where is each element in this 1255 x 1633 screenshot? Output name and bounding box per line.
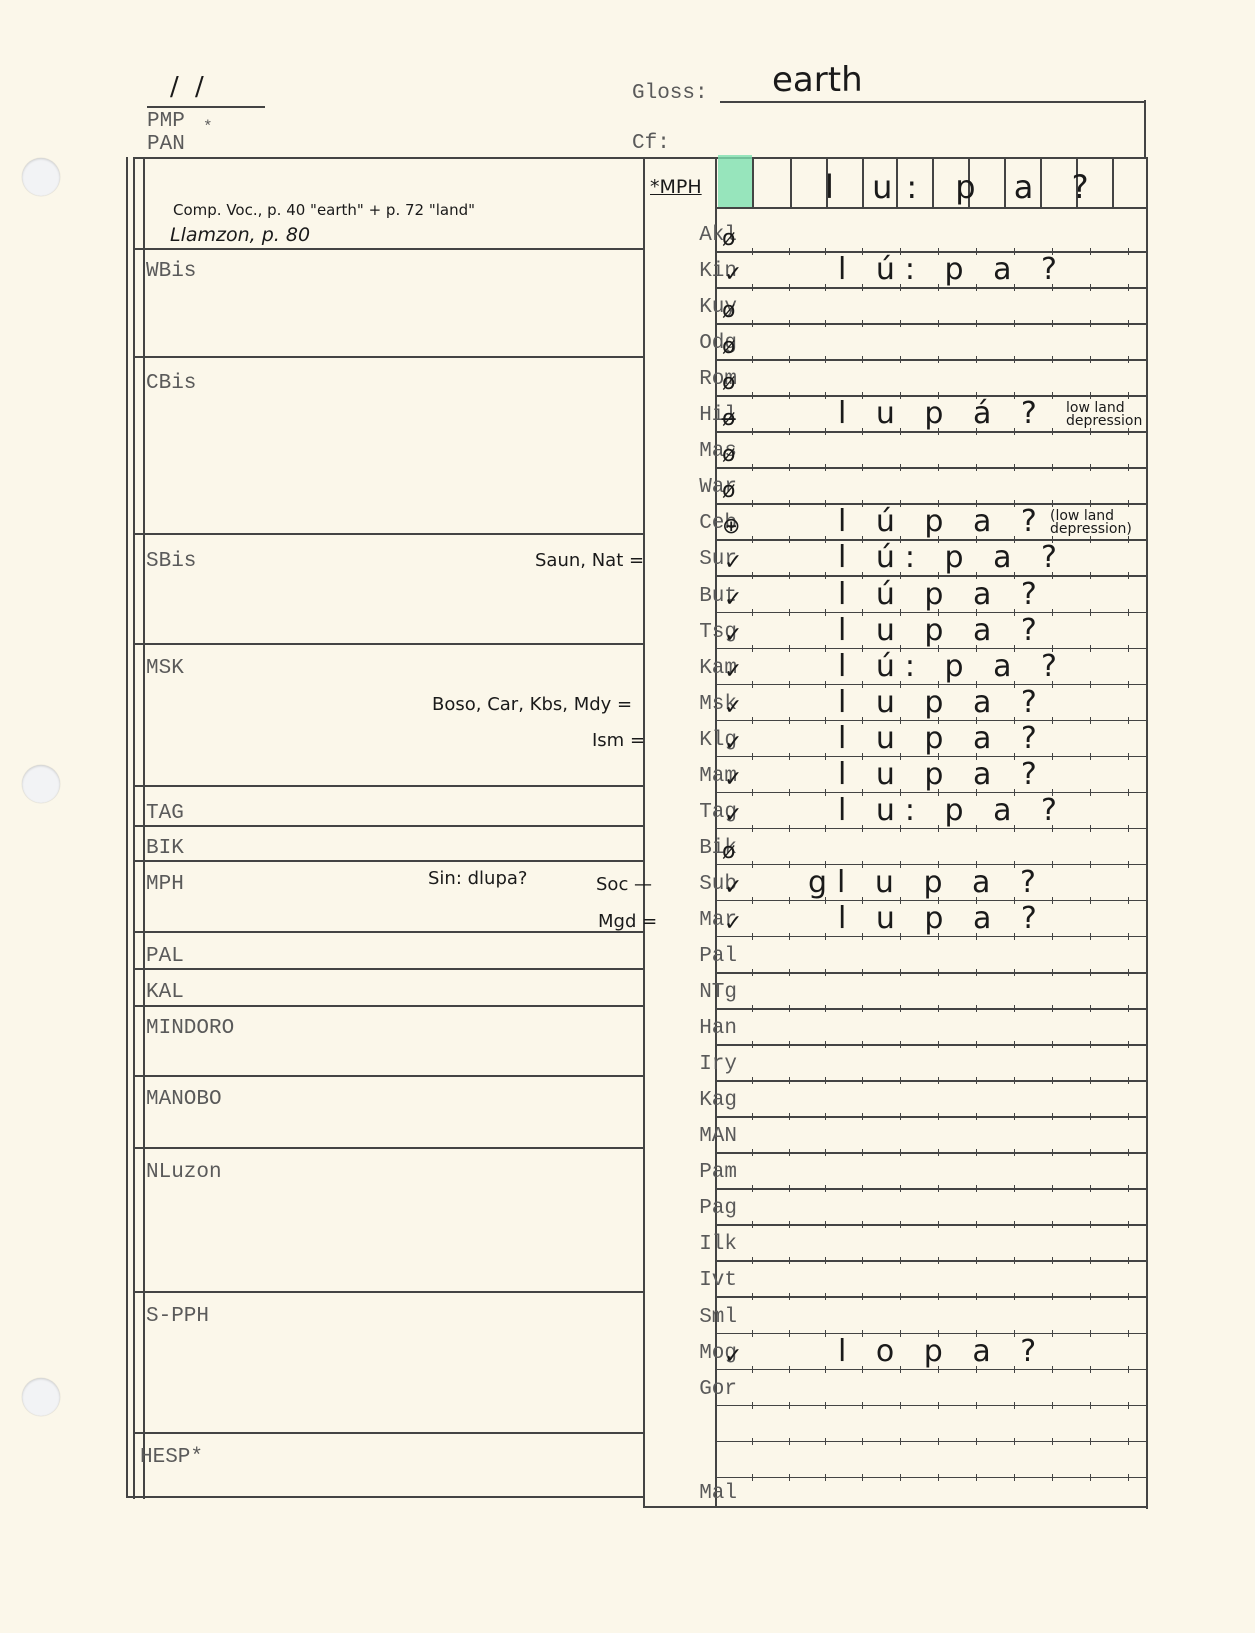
row-tick (900, 1257, 901, 1264)
group-divider (134, 825, 644, 827)
row-tick (752, 825, 753, 832)
row-tick (862, 969, 863, 976)
row-tick (938, 1293, 939, 1300)
row-tick (789, 1185, 790, 1192)
frame-left-border-outer (126, 157, 128, 1497)
row-tick (900, 356, 901, 363)
entry-row-line (716, 323, 1147, 325)
entry-row-line (716, 467, 1147, 469)
row-tick (1052, 392, 1053, 399)
row-tick (752, 500, 753, 507)
language-code-ilk: Ilk (665, 1233, 737, 1256)
reflex-form-kin[interactable]: l ú: p a ? (838, 252, 1067, 287)
row-tick (752, 1257, 753, 1264)
group-divider (134, 1005, 644, 1007)
row-tick (1090, 1293, 1091, 1300)
null-reflex-icon[interactable]: ø (722, 442, 735, 467)
row-tick (1128, 825, 1129, 832)
row-tick (1052, 1438, 1053, 1445)
row-tick (862, 1293, 863, 1300)
row-tick (1090, 753, 1091, 760)
row-tick (976, 320, 977, 327)
group-label-kal: KAL (146, 981, 184, 1004)
row-tick (1128, 681, 1129, 688)
row-tick (1090, 1366, 1091, 1373)
row-tick (976, 356, 977, 363)
row-tick (752, 356, 753, 363)
row-tick (1128, 1077, 1129, 1084)
row-tick (1128, 392, 1129, 399)
row-tick (789, 248, 790, 255)
row-tick (789, 356, 790, 363)
row-tick (1014, 969, 1015, 976)
row-tick (1090, 825, 1091, 832)
row-tick (825, 572, 826, 579)
row-tick (825, 284, 826, 291)
gloss-value[interactable]: earth (772, 60, 863, 100)
gloss-label: Gloss: (632, 82, 708, 105)
row-tick (789, 897, 790, 904)
checkmark-icon[interactable]: ✓ (724, 875, 742, 900)
row-tick (789, 1438, 790, 1445)
row-tick (976, 464, 977, 471)
row-tick (1128, 1474, 1129, 1481)
row-tick (789, 825, 790, 832)
grid-cell-divider (752, 157, 754, 207)
row-tick (900, 1185, 901, 1192)
group-divider (134, 248, 644, 250)
row-tick (1052, 753, 1053, 760)
row-tick (938, 1221, 939, 1228)
row-tick (1090, 536, 1091, 543)
group-label-sbis: SBis (146, 550, 196, 573)
row-tick (789, 969, 790, 976)
row-tick (938, 1005, 939, 1012)
entry-row-line (716, 1224, 1147, 1226)
row-tick (1052, 1330, 1053, 1337)
row-tick (752, 248, 753, 255)
language-code-pag: Pag (665, 1197, 737, 1220)
row-tick (862, 1438, 863, 1445)
row-tick (938, 1041, 939, 1048)
row-tick (825, 536, 826, 543)
row-tick (938, 1113, 939, 1120)
proto-asterisk: * (203, 118, 213, 136)
entry-row-line (716, 287, 1147, 289)
entry-row-line (716, 1188, 1147, 1190)
group-note-sbis: Saun, Nat = (535, 550, 644, 571)
row-tick (825, 1113, 826, 1120)
row-tick (752, 1438, 753, 1445)
row-tick (976, 969, 977, 976)
group-label-manobo: MANOBO (146, 1088, 222, 1111)
language-code-ntg: NTg (665, 981, 737, 1004)
row-tick (825, 645, 826, 652)
row-tick (789, 1077, 790, 1084)
row-tick (938, 1438, 939, 1445)
row-tick (862, 1041, 863, 1048)
row-tick (825, 609, 826, 616)
group-divider (134, 643, 644, 645)
row-tick (900, 1113, 901, 1120)
row-tick (789, 1221, 790, 1228)
row-tick (825, 1221, 826, 1228)
row-tick (752, 645, 753, 652)
group-divider (134, 356, 644, 358)
null-reflex-icon[interactable]: ø (722, 839, 735, 864)
group-label-spph: S-PPH (146, 1305, 209, 1328)
group-divider (134, 533, 644, 535)
row-tick (1090, 392, 1091, 399)
entry-row-line (716, 1008, 1147, 1010)
checkmark-icon[interactable]: ✓ (724, 731, 742, 756)
row-tick (1090, 789, 1091, 796)
grid-cell-divider (1112, 157, 1114, 207)
row-tick (825, 1402, 826, 1409)
checkmark-icon[interactable]: ✓ (724, 587, 742, 612)
row-tick (1052, 717, 1053, 724)
row-tick (1128, 1149, 1129, 1156)
group-note-msk-1: Boso, Car, Kbs, Mdy = (432, 694, 632, 715)
entry-row-line (716, 1296, 1147, 1298)
group-note-mph-3: Mgd = (598, 911, 657, 932)
group-divider (134, 968, 644, 970)
reflex-form-sub[interactable]: gl u p a ? (808, 865, 1046, 900)
entry-row-line (716, 936, 1147, 938)
checkmark-icon[interactable]: ✓ (724, 695, 742, 720)
row-tick (789, 1366, 790, 1373)
row-tick (976, 1474, 977, 1481)
row-tick (1014, 320, 1015, 327)
row-tick (976, 1185, 977, 1192)
row-tick (1090, 464, 1091, 471)
row-tick (1090, 1185, 1091, 1192)
row-tick (1052, 969, 1053, 976)
reflex-form-ceb[interactable]: l ú p a ? (838, 504, 1047, 539)
row-tick (1128, 717, 1129, 724)
reflex-form-mog[interactable]: l o p a ? (838, 1334, 1046, 1369)
row-tick (752, 284, 753, 291)
row-tick (1128, 1185, 1129, 1192)
row-tick (976, 1113, 977, 1120)
reconstruction-form[interactable]: l u: p a ? (825, 168, 1103, 206)
row-tick (789, 753, 790, 760)
checkmark-icon[interactable]: ✓ (724, 623, 742, 648)
row-tick (825, 717, 826, 724)
entry-row-line (716, 1405, 1147, 1407)
row-tick (1014, 1005, 1015, 1012)
row-tick (1128, 933, 1129, 940)
row-tick (900, 1149, 901, 1156)
row-tick (752, 1293, 753, 1300)
language-code-mal: Mal (665, 1482, 737, 1505)
row-tick (1128, 1293, 1129, 1300)
row-tick (976, 1149, 977, 1156)
row-tick (752, 681, 753, 688)
row-tick (1052, 1113, 1053, 1120)
row-tick (1128, 284, 1129, 291)
row-tick (825, 1149, 826, 1156)
group-note-msk-2: Ism = (592, 730, 645, 751)
row-tick (862, 1402, 863, 1409)
language-code-iry: Iry (665, 1053, 737, 1076)
row-tick (1090, 572, 1091, 579)
row-tick (752, 1402, 753, 1409)
group-label-wbis: WBis (146, 260, 196, 283)
row-tick (752, 320, 753, 327)
row-tick (976, 1077, 977, 1084)
row-tick (938, 464, 939, 471)
group-note-mph-2: Soc — (596, 874, 652, 895)
row-tick (825, 248, 826, 255)
source-reference-1: Comp. Voc., p. 40 "earth" + p. 72 "land" (173, 201, 475, 219)
checkmark-icon[interactable]: ✓ (724, 803, 742, 828)
row-tick (1090, 933, 1091, 940)
row-tick (752, 1221, 753, 1228)
row-tick (1090, 681, 1091, 688)
row-tick (789, 1257, 790, 1264)
row-tick (789, 284, 790, 291)
row-tick (789, 1149, 790, 1156)
reflex-form-mar[interactable]: l u p a ? (838, 901, 1047, 936)
row-tick (825, 1257, 826, 1264)
row-tick (825, 1330, 826, 1337)
row-tick (862, 1077, 863, 1084)
row-tick (1128, 356, 1129, 363)
row-tick (1090, 897, 1091, 904)
checkmark-icon[interactable]: ✓ (724, 767, 742, 792)
row-tick (976, 1438, 977, 1445)
source-reference-2: Llamzon, p. 80 (170, 224, 310, 246)
row-tick (825, 969, 826, 976)
row-tick (752, 933, 753, 940)
group-label-hesp: HESP* (140, 1446, 203, 1469)
row-tick (825, 753, 826, 760)
row-tick (862, 1149, 863, 1156)
null-reflex-icon[interactable]: ⊕ (722, 514, 740, 539)
row-tick (789, 536, 790, 543)
row-tick (1090, 1149, 1091, 1156)
entry-row-line (716, 1080, 1147, 1082)
row-tick (1052, 861, 1053, 868)
row-tick (789, 1474, 790, 1481)
group-divider (134, 860, 644, 862)
row-tick (1052, 464, 1053, 471)
row-tick (1052, 897, 1053, 904)
row-tick (938, 1149, 939, 1156)
proto-label-pmp: PMP (147, 110, 185, 133)
language-code-pal: Pal (665, 945, 737, 968)
row-tick (752, 1330, 753, 1337)
row-tick (825, 464, 826, 471)
reflex-form-tsg[interactable]: l u p a ? (838, 613, 1047, 648)
row-tick (900, 1041, 901, 1048)
reconstruction-label: *MPH (650, 176, 702, 198)
row-tick (825, 681, 826, 688)
row-tick (752, 572, 753, 579)
reflex-form-sur[interactable]: l ú: p a ? (838, 540, 1067, 575)
row-tick (1128, 536, 1129, 543)
row-tick (1128, 897, 1129, 904)
group-divider (134, 931, 644, 933)
row-tick (1128, 1113, 1129, 1120)
row-tick (862, 356, 863, 363)
row-tick (789, 681, 790, 688)
row-tick (789, 1402, 790, 1409)
row-tick (1014, 464, 1015, 471)
row-tick (1052, 1366, 1053, 1373)
row-tick (789, 428, 790, 435)
row-tick (1090, 500, 1091, 507)
entry-row-line (716, 1441, 1147, 1443)
row-tick (862, 464, 863, 471)
row-tick (976, 1221, 977, 1228)
row-tick (1052, 1257, 1053, 1264)
row-tick (862, 1185, 863, 1192)
checkmark-icon[interactable]: ✓ (724, 550, 742, 575)
null-reflex-icon[interactable]: ø (722, 478, 735, 503)
row-tick (789, 392, 790, 399)
null-reflex-icon[interactable]: ø (722, 226, 735, 251)
row-tick (1052, 428, 1053, 435)
group-divider (134, 785, 644, 787)
row-tick (789, 1041, 790, 1048)
row-tick (1014, 356, 1015, 363)
row-tick (1090, 1113, 1091, 1120)
reflex-form-mam[interactable]: l u p a ? (838, 757, 1047, 792)
row-tick (752, 1474, 753, 1481)
reflex-form-msk[interactable]: l u p a ? (838, 685, 1047, 720)
gloss-note-ceb: (low land depression) (1050, 510, 1150, 536)
row-tick (752, 717, 753, 724)
row-tick (1052, 1005, 1053, 1012)
row-tick (825, 1474, 826, 1481)
entry-row-line (716, 1369, 1147, 1371)
reflex-form-hil[interactable]: l u p á ? (838, 396, 1047, 431)
row-tick (862, 1005, 863, 1012)
row-tick (1052, 933, 1053, 940)
reflex-form-kam[interactable]: l ú: p a ? (838, 649, 1067, 684)
row-tick (752, 789, 753, 796)
checkmark-icon[interactable]: ✓ (724, 1344, 742, 1369)
null-reflex-icon[interactable]: ø (722, 370, 735, 395)
entry-row-line (716, 1116, 1147, 1118)
row-tick (862, 1221, 863, 1228)
row-tick (1090, 284, 1091, 291)
checkmark-icon[interactable]: ✓ (724, 911, 742, 936)
row-tick (1090, 1257, 1091, 1264)
row-tick (1014, 1402, 1015, 1409)
row-tick (1128, 500, 1129, 507)
row-tick (900, 1293, 901, 1300)
row-tick (1014, 1185, 1015, 1192)
frame-bottom-left (126, 1496, 644, 1498)
row-tick (1090, 320, 1091, 327)
row-tick (752, 1185, 753, 1192)
row-tick (976, 1293, 977, 1300)
row-tick (752, 861, 753, 868)
row-tick (825, 1041, 826, 1048)
group-column-divider (643, 157, 645, 1507)
null-reflex-icon[interactable]: ø (722, 334, 735, 359)
row-tick (752, 1113, 753, 1120)
row-tick (1014, 1149, 1015, 1156)
row-tick (752, 1149, 753, 1156)
row-tick (752, 969, 753, 976)
row-tick (789, 717, 790, 724)
binder-hole (22, 1378, 60, 1416)
row-tick (1014, 1113, 1015, 1120)
row-tick (825, 392, 826, 399)
row-tick (976, 1402, 977, 1409)
row-tick (752, 536, 753, 543)
row-tick (752, 897, 753, 904)
row-tick (825, 1366, 826, 1373)
frame-left-inner (143, 157, 145, 1499)
group-divider (134, 1432, 644, 1434)
row-tick (1128, 1366, 1129, 1373)
row-tick (1052, 1474, 1053, 1481)
null-reflex-icon[interactable]: ø̶ (722, 406, 735, 431)
reflex-form-but[interactable]: l ú p a ? (838, 577, 1047, 612)
row-tick (1128, 320, 1129, 327)
row-tick (862, 1257, 863, 1264)
row-tick (900, 1438, 901, 1445)
reflex-form-klg[interactable]: l u p a ? (838, 721, 1047, 756)
row-tick (789, 933, 790, 940)
row-tick (1014, 1438, 1015, 1445)
row-tick (1090, 1221, 1091, 1228)
group-label-cbis: CBis (146, 372, 196, 395)
proto-label-pan: PAN (147, 133, 185, 156)
row-tick (789, 789, 790, 796)
row-tick (938, 320, 939, 327)
row-tick (1128, 789, 1129, 796)
checkmark-icon[interactable]: ✓ (724, 659, 742, 684)
row-tick (1128, 1402, 1129, 1409)
row-tick (789, 572, 790, 579)
row-tick (1090, 717, 1091, 724)
row-tick (1052, 1402, 1053, 1409)
null-reflex-icon[interactable]: ø (722, 298, 735, 323)
group-label-mph: MPH (146, 873, 184, 896)
row-tick (900, 1077, 901, 1084)
language-code-sml: Sml (665, 1306, 737, 1329)
group-label-mindoro: MINDORO (146, 1017, 234, 1040)
row-tick (1090, 609, 1091, 616)
row-tick (1090, 248, 1091, 255)
row-tick (862, 1474, 863, 1481)
checkmark-icon[interactable]: ✓ (724, 262, 742, 287)
row-tick (752, 1005, 753, 1012)
row-tick (825, 825, 826, 832)
group-label-nluzon: NLuzon (146, 1161, 222, 1184)
row-tick (752, 464, 753, 471)
cf-label: Cf: (632, 132, 670, 155)
row-tick (825, 1185, 826, 1192)
row-tick (1052, 500, 1053, 507)
highlight-marker (718, 155, 752, 207)
row-tick (1090, 1474, 1091, 1481)
gloss-box-edge (1144, 100, 1146, 158)
reflex-form-tag[interactable]: l u: p a ? (838, 793, 1067, 828)
entry-row-line (716, 972, 1147, 974)
row-tick (1090, 1077, 1091, 1084)
group-divider (134, 1291, 644, 1293)
row-tick (1014, 1041, 1015, 1048)
grid-cell-divider (790, 157, 792, 207)
row-tick (900, 1474, 901, 1481)
